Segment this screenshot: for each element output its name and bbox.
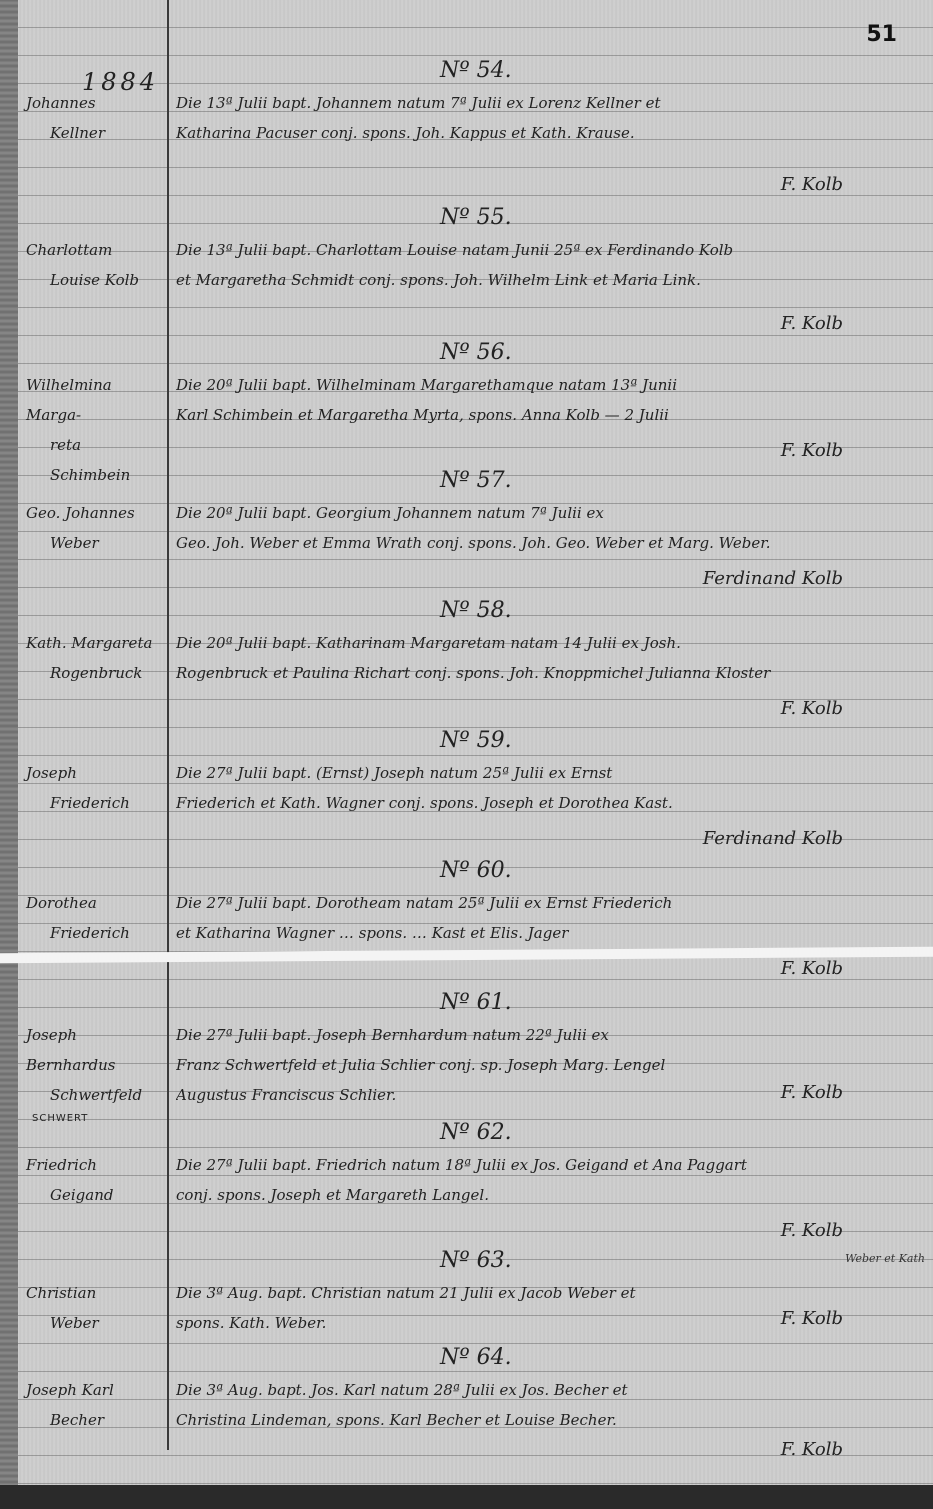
margin-name-line: Dorothea [26, 894, 97, 912]
entry-line: et Katharina Wagner … spons. … Kast et E… [176, 918, 916, 948]
margin-name: Christian Weber [26, 1278, 164, 1338]
entry-text: Die 13ª Julii bapt. Charlottam Louise na… [176, 235, 916, 295]
entry-line: Franz Schwertfeld et Julia Schlier conj.… [176, 1050, 916, 1080]
entry-number: Nº 56. [440, 340, 512, 365]
entry-text: Die 20ª Julii bapt. Georgium Johannem na… [176, 498, 916, 558]
register-page: 51 1884 Nº 54. Johannes Kellner Die 13ª … [0, 0, 933, 1509]
margin-name-line: Friederich [26, 788, 164, 818]
priest-signature: F. Kolb [781, 958, 843, 979]
margin-name-line: reta Schimbein [26, 430, 164, 490]
entry-number: Nº 58. [440, 598, 512, 623]
entry-line: Die 13ª Julii bapt. Johannem natum 7ª Ju… [176, 88, 916, 118]
margin-name-line: Johannes [26, 94, 96, 112]
entry-text: Die 27ª Julii bapt. Dorotheam natam 25ª … [176, 888, 916, 948]
scan-bottom-edge [0, 1485, 933, 1509]
margin-name: Joseph Bernhardus Schwertfeld SCHWERT [26, 1020, 164, 1128]
margin-name-line: Schwertfeld [26, 1080, 164, 1110]
margin-name-line: Weber [26, 528, 164, 558]
entry-number: Nº 55. [440, 205, 512, 230]
entry-line: Karl Schimbein et Margaretha Myrta, spon… [176, 400, 916, 430]
margin-name-line: Friedrich [26, 1156, 97, 1174]
margin-rule [167, 0, 169, 1450]
entry-number: Nº 63. [440, 1248, 512, 1273]
margin-name-line: Charlottam [26, 241, 112, 259]
entry-line: Die 13ª Julii bapt. Charlottam Louise na… [176, 235, 916, 265]
margin-name: Dorothea Friederich [26, 888, 164, 948]
entry-number: Nº 60. [440, 858, 512, 883]
priest-signature: Ferdinand Kolb [703, 568, 843, 589]
margin-name: Joseph Karl Becher [26, 1375, 164, 1435]
margin-name-line: Wilhelmina Marga- [26, 376, 112, 424]
priest-signature: F. Kolb [781, 698, 843, 719]
entry-text: Die 27ª Julii bapt. Friedrich natum 18ª … [176, 1150, 916, 1210]
entry-line: Die 3ª Aug. bapt. Christian natum 21 Jul… [176, 1278, 916, 1308]
margin-name-line: Becher [26, 1405, 164, 1435]
entry-line: Geo. Joh. Weber et Emma Wrath conj. spon… [176, 528, 916, 558]
margin-name: Friedrich Geigand [26, 1150, 164, 1210]
margin-name: Kath. Margareta Rogenbruck [26, 628, 164, 688]
entry-line: Die 27ª Julii bapt. (Ernst) Joseph natum… [176, 758, 916, 788]
priest-signature: F. Kolb [781, 1220, 843, 1241]
entry-line: Die 3ª Aug. bapt. Jos. Karl natum 28ª Ju… [176, 1375, 916, 1405]
entry-line: Katharina Pacuser conj. spons. Joh. Kapp… [176, 118, 916, 148]
binding-edge [0, 0, 18, 1509]
margin-annotation: Weber et Kath [845, 1252, 925, 1265]
entry-line: Die 20ª Julii bapt. Katharinam Margareta… [176, 628, 916, 658]
entry-number: Nº 59. [440, 728, 512, 753]
entry-number: Nº 64. [440, 1345, 512, 1370]
margin-name-line: Christian [26, 1284, 96, 1302]
entry-text: Die 20ª Julii bapt. Wilhelminam Margaret… [176, 370, 916, 430]
margin-name-line: Joseph Bernhardus [26, 1026, 115, 1074]
entry-line: Die 27ª Julii bapt. Dorotheam natam 25ª … [176, 888, 916, 918]
entry-line: Christina Lindeman, spons. Karl Becher e… [176, 1405, 916, 1435]
margin-name: Joseph Friederich [26, 758, 164, 818]
entry-text: Die 3ª Aug. bapt. Jos. Karl natum 28ª Ju… [176, 1375, 916, 1435]
entry-line: Die 20ª Julii bapt. Georgium Johannem na… [176, 498, 916, 528]
margin-name-line: Kellner [26, 118, 164, 148]
margin-name-line: Geo. Johannes [26, 504, 135, 522]
margin-name-line: Friederich [26, 918, 164, 948]
margin-name-line: Joseph [26, 764, 77, 782]
entry-text: Die 20ª Julii bapt. Katharinam Margareta… [176, 628, 916, 688]
page-number: 51 [866, 22, 897, 47]
priest-signature: F. Kolb [781, 1308, 843, 1329]
entry-line: conj. spons. Joseph et Margareth Langel. [176, 1180, 916, 1210]
entry-line: Friederich et Kath. Wagner conj. spons. … [176, 788, 916, 818]
margin-name: Geo. Johannes Weber [26, 498, 164, 558]
margin-name-line: Kath. Margareta [26, 634, 152, 652]
entry-number: Nº 54. [440, 58, 512, 83]
entry-text: Die 13ª Julii bapt. Johannem natum 7ª Ju… [176, 88, 916, 148]
priest-signature: Ferdinand Kolb [703, 828, 843, 849]
margin-name-line: Geigand [26, 1180, 164, 1210]
entry-number: Nº 57. [440, 468, 512, 493]
margin-annotation: SCHWERT [26, 1110, 164, 1128]
entry-line: Die 27ª Julii bapt. Friedrich natum 18ª … [176, 1150, 916, 1180]
entry-line: Die 20ª Julii bapt. Wilhelminam Margaret… [176, 370, 916, 400]
entry-number: Nº 61. [440, 990, 512, 1015]
entry-line: Rogenbruck et Paulina Richart conj. spon… [176, 658, 916, 688]
margin-name: Charlottam Louise Kolb [26, 235, 164, 295]
priest-signature: F. Kolb [781, 313, 843, 334]
priest-signature: F. Kolb [781, 440, 843, 461]
margin-name-line: Weber [26, 1308, 164, 1338]
priest-signature: F. Kolb [781, 1439, 843, 1460]
priest-signature: F. Kolb [781, 1082, 843, 1103]
margin-name: Johannes Kellner [26, 88, 164, 148]
margin-name-line: Joseph Karl [26, 1381, 114, 1399]
margin-name-line: Rogenbruck [26, 658, 164, 688]
priest-signature: F. Kolb [781, 174, 843, 195]
entry-line: Die 27ª Julii bapt. Joseph Bernhardum na… [176, 1020, 916, 1050]
entry-text: Die 27ª Julii bapt. (Ernst) Joseph natum… [176, 758, 916, 818]
entry-number: Nº 62. [440, 1120, 512, 1145]
entry-line: et Margaretha Schmidt conj. spons. Joh. … [176, 265, 916, 295]
margin-name: Wilhelmina Marga- reta Schimbein [26, 370, 164, 490]
margin-name-line: Louise Kolb [26, 265, 164, 295]
